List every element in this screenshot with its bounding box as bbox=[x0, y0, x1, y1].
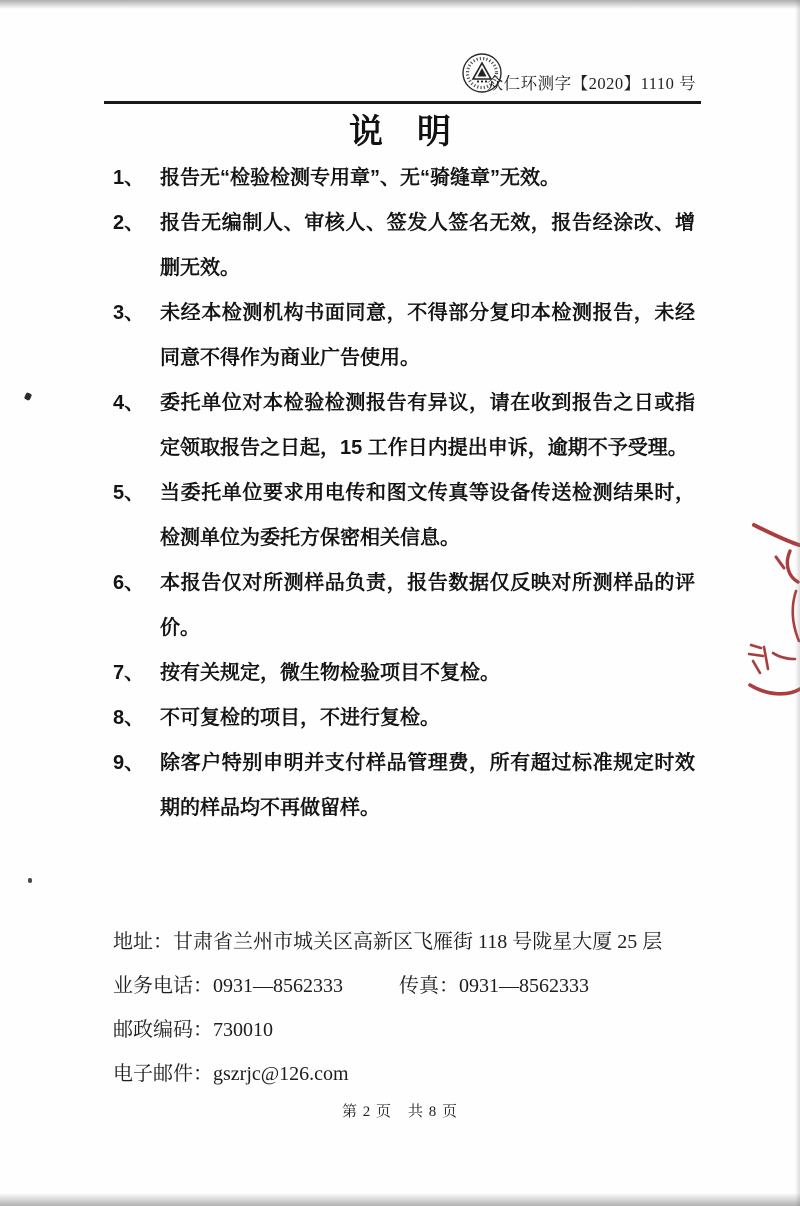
note-text: 未经本检测机构书面同意，不得部分复印本检测报告，未经同意不得作为商业广告使用。 bbox=[160, 291, 695, 381]
note-number: 7、 bbox=[113, 651, 160, 696]
note-item: 9、 除客户特别申明并支付样品管理费，所有超过标准规定时效期的样品均不再做留样。 bbox=[113, 741, 695, 831]
email-label: 电子邮件： bbox=[113, 1063, 213, 1085]
contact-postal-line: 邮政编码：730010 bbox=[113, 1008, 713, 1052]
scan-edge-bottom bbox=[0, 1193, 800, 1206]
note-number: 8、 bbox=[113, 696, 160, 741]
note-number: 6、 bbox=[113, 561, 160, 606]
doc-number: 众仁环测字【2020】1110 号 bbox=[487, 70, 696, 94]
notes-list: 1、 报告无“检验检测专用章”、无“骑缝章”无效。 2、 报告无编制人、审核人、… bbox=[113, 156, 695, 831]
fax-value: 0931—8562333 bbox=[459, 975, 589, 997]
note-item: 4、 委托单位对本检验检测报告有异议，请在收到报告之日或指定领取报告之日起，15… bbox=[113, 381, 695, 471]
postal-value: 730010 bbox=[213, 1019, 273, 1041]
note-text: 报告无编制人、审核人、签发人签名无效，报告经涂改、增删无效。 bbox=[160, 201, 695, 291]
note-text: 除客户特别申明并支付样品管理费，所有超过标准规定时效期的样品均不再做留样。 bbox=[160, 741, 695, 831]
red-stamp-icon bbox=[740, 505, 800, 705]
fax-label: 传真： bbox=[399, 975, 459, 997]
note-text: 委托单位对本检验检测报告有异议，请在收到报告之日或指定领取报告之日起，15 工作… bbox=[160, 381, 695, 471]
scan-edge-right bbox=[795, 0, 800, 1206]
address-label: 地址： bbox=[113, 931, 173, 953]
note-item: 6、 本报告仅对所测样品负责，报告数据仅反映对所测样品的评价。 bbox=[113, 561, 695, 651]
note-item: 1、 报告无“检验检测专用章”、无“骑缝章”无效。 bbox=[113, 156, 695, 201]
contact-email-line: 电子邮件：gszrjc@126.com bbox=[113, 1052, 713, 1096]
note-text: 按有关规定，微生物检验项目不复检。 bbox=[160, 651, 695, 696]
contact-block: 地址：甘肃省兰州市城关区高新区飞雁街 118 号陇星大厦 25 层 业务电话：0… bbox=[113, 920, 713, 1096]
scan-edge-top bbox=[0, 0, 800, 9]
note-item: 7、 按有关规定，微生物检验项目不复检。 bbox=[113, 651, 695, 696]
note-item: 2、 报告无编制人、审核人、签发人签名无效，报告经涂改、增删无效。 bbox=[113, 201, 695, 291]
postal-label: 邮政编码： bbox=[113, 1019, 213, 1041]
page-number: 第 2 页 共 8 页 bbox=[0, 1100, 800, 1121]
note-item: 8、 不可复检的项目，不进行复检。 bbox=[113, 696, 695, 741]
document-page: 众仁环测字【2020】1110 号 说 明 1、 报告无“检验检测专用章”、无“… bbox=[0, 0, 800, 1206]
note-text: 本报告仅对所测样品负责，报告数据仅反映对所测样品的评价。 bbox=[160, 561, 695, 651]
page-title: 说 明 bbox=[0, 104, 800, 153]
note-number: 3、 bbox=[113, 291, 160, 336]
scan-speck bbox=[24, 392, 32, 401]
note-number: 1、 bbox=[113, 156, 160, 201]
contact-phone-line: 业务电话：0931—8562333传真：0931—8562333 bbox=[113, 964, 713, 1008]
note-text: 报告无“检验检测专用章”、无“骑缝章”无效。 bbox=[160, 156, 695, 201]
address-value: 甘肃省兰州市城关区高新区飞雁街 118 号陇星大厦 25 层 bbox=[173, 931, 662, 953]
note-item: 3、 未经本检测机构书面同意，不得部分复印本检测报告，未经同意不得作为商业广告使… bbox=[113, 291, 695, 381]
scan-speck bbox=[28, 878, 32, 883]
note-number: 5、 bbox=[113, 471, 160, 516]
note-number: 4、 bbox=[113, 381, 160, 426]
phone-value: 0931—8562333 bbox=[213, 975, 343, 997]
email-value: gszrjc@126.com bbox=[213, 1063, 349, 1085]
phone-label: 业务电话： bbox=[113, 975, 213, 997]
note-text: 当委托单位要求用电传和图文传真等设备传送检测结果时，检测单位为委托方保密相关信息… bbox=[160, 471, 695, 561]
contact-address-line: 地址：甘肃省兰州市城关区高新区飞雁街 118 号陇星大厦 25 层 bbox=[113, 920, 713, 964]
note-text: 不可复检的项目，不进行复检。 bbox=[160, 696, 695, 741]
note-number: 2、 bbox=[113, 201, 160, 246]
note-item: 5、 当委托单位要求用电传和图文传真等设备传送检测结果时，检测单位为委托方保密相… bbox=[113, 471, 695, 561]
note-number: 9、 bbox=[113, 741, 160, 786]
